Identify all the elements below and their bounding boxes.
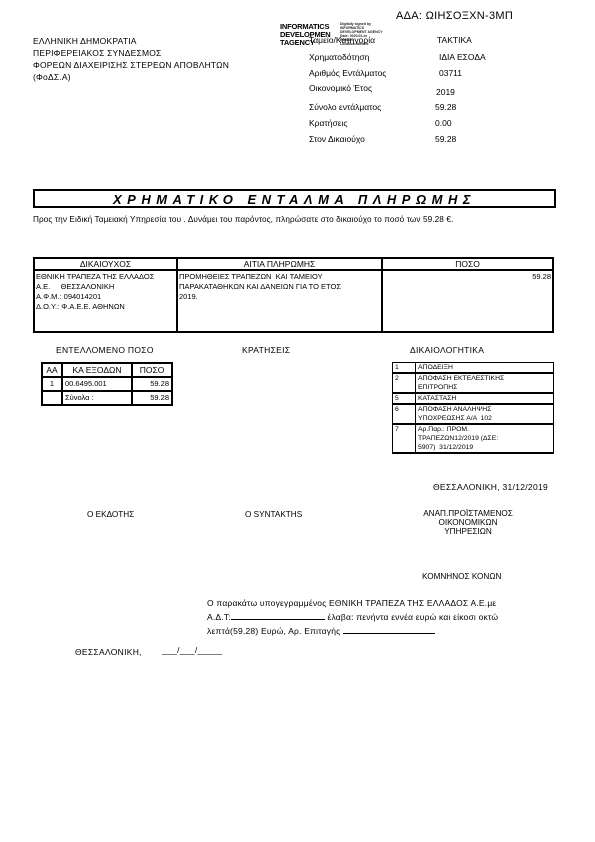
doc-desc-line: ΕΠΙΤΡΟΠΗΣ [418, 383, 551, 392]
row-ka: 00.6495.001 [62, 377, 132, 391]
reason-cell: ΠΡΟΜΗΘΕΙΕΣ ΤΡΑΠΕΖΩΝ ΚΑΙ ΤΑΜΕΙΟΥ ΠΑΡΑΚΑΤΑ… [177, 270, 382, 332]
document-title-box: ΧΡΗΜΑΤΙΚΟ ΕΝΤΑΛΜΑ ΠΛΗΡΩΜΗΣ [33, 189, 556, 208]
field-label-kratiseis: Κρατήσεις [309, 118, 348, 128]
org-line-2: ΠΕΡΙΦΕΡΕΙΑΚΟΣ ΣΥΝΔΕΣΜΟΣ [33, 47, 229, 59]
doc-desc: ΑΠΟΔΕΙΞΗ [416, 363, 554, 374]
payment-table-header: ΔΙΚΑΙΟΥΧΟΣ ΑΙΤΙΑ ΠΛΗΡΩΜΗΣ ΠΟΣΟ [34, 258, 553, 270]
document-row: 2 ΑΠΟΦΑΣΗ ΕΚΤΕΛΕΣΤΙΚΗΣ ΕΠΙΤΡΟΠΗΣ [393, 373, 554, 393]
cheque-blank-field[interactable] [343, 624, 435, 634]
org-line-4: (ΦοΔΣ.Α) [33, 71, 229, 83]
amount-breakdown-table: ΑΑ ΚΑ ΕΞΟΔΩΝ ΠΟΣΟ 1 00.6495.001 59.28 Σύ… [41, 362, 173, 406]
beneficiary-name: ΕΘΝΙΚΗ ΤΡΑΠΕΖΑ ΤΗΣ ΕΛΛΑΔΟΣ [36, 272, 175, 282]
field-label-dikaiouxo: Στον Δικαιούχο [309, 134, 365, 144]
beneficiary-doy: Δ.Ο.Υ.: Φ.Α.Ε.Ε. ΑΘΗΝΩΝ [36, 302, 175, 312]
header-amount: ΠΟΣΟ [382, 258, 553, 270]
section-kratiseis: ΚΡΑΤΗΣΕΙΣ [242, 345, 290, 355]
document-row: 1 ΑΠΟΔΕΙΞΗ [393, 363, 554, 374]
document-row: 6 ΑΠΟΦΑΣΗ ΑΝΑΛΗΨΗΣ ΥΠΟΧΡΕΩΣΗΣ Α/Α 102 [393, 404, 554, 424]
field-value-etos: 2019 [436, 87, 455, 97]
total-poso: 59.28 [132, 391, 172, 405]
doc-desc-line: 5907) 31/12/2019 [418, 443, 551, 452]
header-aa: ΑΑ [42, 363, 62, 377]
beneficiary-afm: Α.Φ.Μ.: 094014201 [36, 292, 175, 302]
receipt-line-3: λεπτά(59.28) Ευρώ, Αρ. Επιταγής [207, 624, 558, 638]
head-title-line: ΑΝΑΠ.ΠΡΟΪΣΤΑΜΕΝΟΣ [413, 509, 523, 518]
footer-date-blank[interactable]: ___/___/_____ [162, 645, 223, 655]
doc-desc-line: ΚΑΤΑΣΤΑΣΗ [418, 394, 551, 403]
doc-desc-line: Αρ.Παρ.: ΠΡΟΜ. [418, 425, 551, 434]
receipt-paragraph: Ο παρακάτω υπογεγραμμένος ΕΘΝΙΚΗ ΤΡΑΠΕΖΑ… [207, 597, 558, 638]
section-entellomeno: ΕΝΤΕΛΛΟΜΕΝΟ ΠΟΣΟ [56, 345, 154, 355]
adt-label: Α.Δ.Τ: [207, 612, 231, 622]
field-value-tameio: ΤΑΚΤΙΚΑ [437, 35, 472, 45]
reason-line: 2019. [179, 292, 380, 302]
reason-line: ΠΡΟΜΗΘΕΙΕΣ ΤΡΑΠΕΖΩΝ ΚΑΙ ΤΑΜΕΙΟΥ [179, 272, 380, 282]
field-value-arithmos: 03711 [439, 68, 462, 78]
amount-breakdown-row: 1 00.6495.001 59.28 [42, 377, 172, 391]
header-ka: ΚΑ ΕΞΟΔΩΝ [62, 363, 132, 377]
document-row: 5 ΚΑΤΑΣΤΑΣΗ [393, 393, 554, 404]
doc-desc-line: ΥΠΟΧΡΕΩΣΗΣ Α/Α 102 [418, 414, 551, 423]
doc-desc: ΚΑΤΑΣΤΑΣΗ [416, 393, 554, 404]
reason-line: ΠΑΡΑΚΑΤΑΘΗΚΩΝ ΚΑΙ ΔΑΝΕΙΩΝ ΓΙΑ ΤΟ ΕΤΟΣ [179, 282, 380, 292]
doc-num: 6 [393, 404, 416, 424]
header-poso: ΠΟΣΟ [132, 363, 172, 377]
head-title-line: ΥΠΗΡΕΣΙΩΝ [413, 527, 523, 536]
amount-breakdown-total: Σύνολα : 59.28 [42, 391, 172, 405]
receipt-line-2: Α.Δ.Τ: έλαβα: πενήντα εννέα ευρώ και είκ… [207, 610, 558, 624]
place-date: ΘΕΣΣΑΛΟΝΙΚΗ, 31/12/2019 [433, 482, 548, 492]
header-reason: ΑΙΤΙΑ ΠΛΗΡΩΜΗΣ [177, 258, 382, 270]
signature-head: ΑΝΑΠ.ΠΡΟΪΣΤΑΜΕΝΟΣ ΟΙΚΟΝΟΜΙΚΩΝ ΥΠΗΡΕΣΙΩΝ [413, 509, 523, 536]
doc-num: 1 [393, 363, 416, 374]
field-value-synolo: 59.28 [435, 102, 456, 112]
amount-cell: 59.28 [382, 270, 553, 332]
org-line-3: ΦΟΡΕΩΝ ΔΙΑΧΕΙΡΙΣΗΣ ΣΤΕΡΕΩΝ ΑΠΟΒΛΗΤΩΝ [33, 59, 229, 71]
field-value-chrimatodotisi: ΙΔΙΑ ΕΣΟΔΑ [439, 52, 486, 62]
field-value-kratiseis: 0.00 [435, 118, 452, 128]
field-label-synolo: Σύνολο εντάλματος [309, 102, 381, 112]
field-label-chrimatodotisi: Χρηματοδότηση [309, 52, 369, 62]
doc-num: 2 [393, 373, 416, 393]
ada-code: ΑΔΑ: ΩΙΗΣΟΞΧΝ-3ΜΠ [396, 10, 513, 22]
adt-blank-field[interactable] [231, 610, 325, 620]
signature-issuer: Ο ΕΚΔΟΤΗΣ [87, 510, 134, 519]
doc-desc: Αρ.Παρ.: ΠΡΟΜ. ΤΡΑΠΕΖΩΝ12/2019 (ΔΣΕ: 590… [416, 424, 554, 453]
section-dikaiologitika: ΔΙΚΑΙΟΛΟΓΗΤΙΚΑ [410, 345, 484, 355]
payment-table: ΔΙΚΑΙΟΥΧΟΣ ΑΙΤΙΑ ΠΛΗΡΩΜΗΣ ΠΟΣΟ ΕΘΝΙΚΗ ΤΡ… [33, 257, 554, 333]
total-aa [42, 391, 62, 405]
cheque-label: λεπτά(59.28) Ευρώ, Αρ. Επιταγής [207, 626, 343, 636]
doc-num: 7 [393, 424, 416, 453]
header-beneficiary: ΔΙΚΑΙΟΥΧΟΣ [34, 258, 177, 270]
doc-desc-line: ΤΡΑΠΕΖΩΝ12/2019 (ΔΣΕ: [418, 434, 551, 443]
row-aa: 1 [42, 377, 62, 391]
doc-desc: ΑΠΟΦΑΣΗ ΑΝΑΛΗΨΗΣ ΥΠΟΧΡΕΩΣΗΣ Α/Α 102 [416, 404, 554, 424]
org-line-1: ΕΛΛΗΝΙΚΗ ΔΗΜΟΚΡΑΤΙΑ [33, 35, 229, 47]
doc-num: 5 [393, 393, 416, 404]
payment-table-row: ΕΘΝΙΚΗ ΤΡΑΠΕΖΑ ΤΗΣ ΕΛΛΑΔΟΣ Α.Ε. ΘΕΣΣΑΛΟΝ… [34, 270, 553, 332]
field-label-arithmos: Αριθμός Εντάλματος [309, 68, 386, 78]
intro-text: Προς την Ειδική Ταμειακή Υπηρεσία του . … [33, 215, 453, 224]
field-label-tameio: Ταμείο/Κατηγορία [309, 35, 375, 45]
field-value-dikaiouxo: 59.28 [435, 134, 456, 144]
row-poso: 59.28 [132, 377, 172, 391]
head-name: ΚΟΜΝΗΝΟΣ ΚΟΝΩΝ [422, 572, 501, 581]
field-label-etos: Οικονομικό Έτος [309, 83, 372, 93]
received-amount-text: έλαβα: πενήντα εννέα ευρώ και είκοσι οκτ… [325, 612, 498, 622]
beneficiary-city: Α.Ε. ΘΕΣΣΑΛΟΝΙΚΗ [36, 282, 175, 292]
signature-composer: Ο SYNTAKTHS [245, 510, 302, 519]
doc-desc-line: ΑΠΟΦΑΣΗ ΕΚΤΕΛΕΣΤΙΚΗΣ [418, 374, 551, 383]
footer-city: ΘΕΣΣΑΛΟΝΙΚΗ, [75, 647, 142, 657]
receipt-line-1: Ο παρακάτω υπογεγραμμένος ΕΘΝΙΚΗ ΤΡΑΠΕΖΑ… [207, 597, 558, 610]
amount-breakdown-header: ΑΑ ΚΑ ΕΞΟΔΩΝ ΠΟΣΟ [42, 363, 172, 377]
doc-desc: ΑΠΟΦΑΣΗ ΕΚΤΕΛΕΣΤΙΚΗΣ ΕΠΙΤΡΟΠΗΣ [416, 373, 554, 393]
head-title-line: ΟΙΚΟΝΟΜΙΚΩΝ [413, 518, 523, 527]
total-label: Σύνολα : [62, 391, 132, 405]
org-header: ΕΛΛΗΝΙΚΗ ΔΗΜΟΚΡΑΤΙΑ ΠΕΡΙΦΕΡΕΙΑΚΟΣ ΣΥΝΔΕΣ… [33, 35, 229, 83]
supporting-documents-table: 1 ΑΠΟΔΕΙΞΗ 2 ΑΠΟΦΑΣΗ ΕΚΤΕΛΕΣΤΙΚΗΣ ΕΠΙΤΡΟ… [392, 362, 554, 454]
doc-desc-line: ΑΠΟΔΕΙΞΗ [418, 363, 551, 372]
document-title: ΧΡΗΜΑΤΙΚΟ ΕΝΤΑΛΜΑ ΠΛΗΡΩΜΗΣ [113, 192, 476, 207]
beneficiary-cell: ΕΘΝΙΚΗ ΤΡΑΠΕΖΑ ΤΗΣ ΕΛΛΑΔΟΣ Α.Ε. ΘΕΣΣΑΛΟΝ… [34, 270, 177, 332]
document-row: 7 Αρ.Παρ.: ΠΡΟΜ. ΤΡΑΠΕΖΩΝ12/2019 (ΔΣΕ: 5… [393, 424, 554, 453]
doc-desc-line: ΑΠΟΦΑΣΗ ΑΝΑΛΗΨΗΣ [418, 405, 551, 414]
